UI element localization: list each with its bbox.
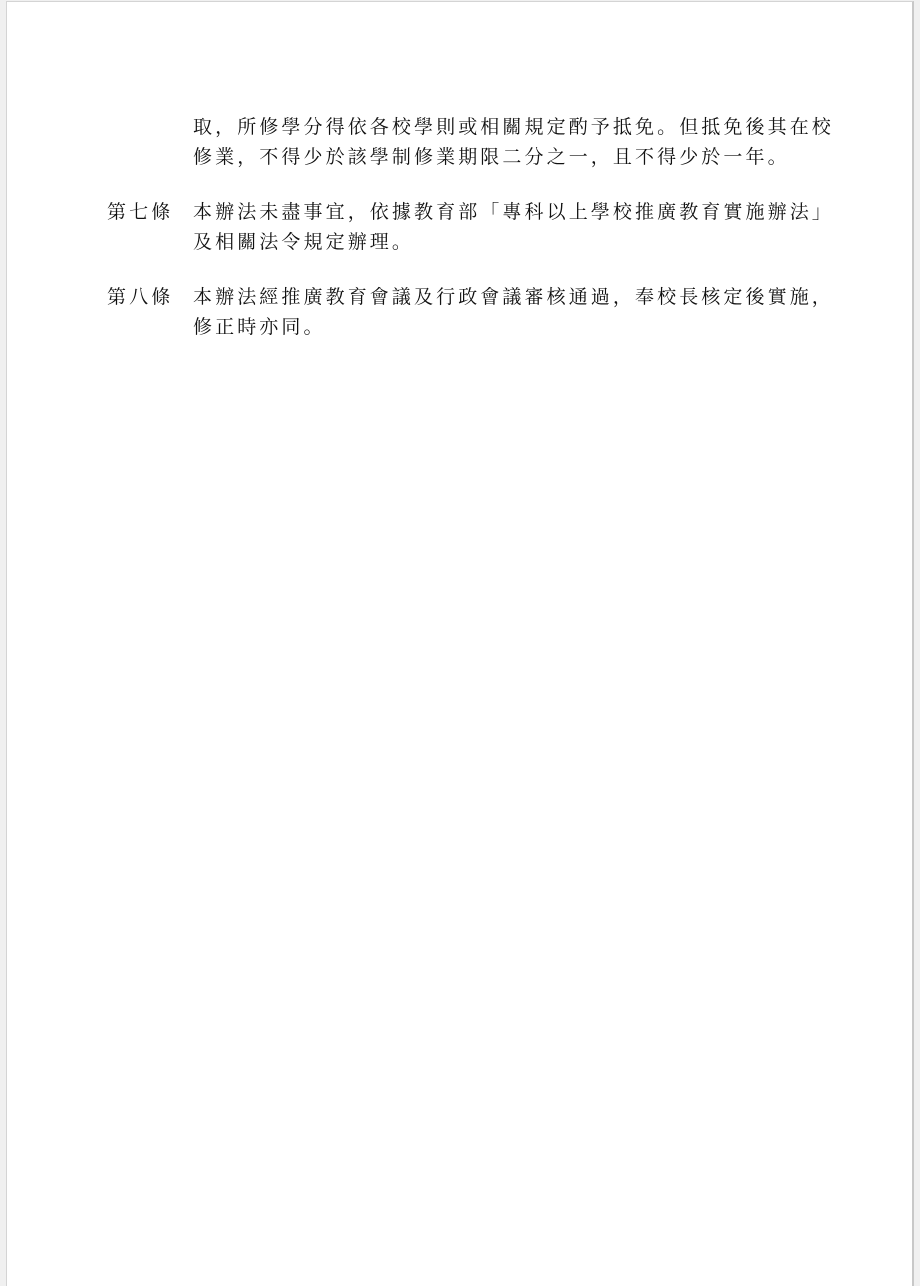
document-page: 取，所修學分得依各校學則或相關規定酌予抵免。但抵免後其在校 修業，不得少於該學制… — [6, 1, 914, 1286]
article-body: 本辦法經推廣教育會議及行政會議審核通過，奉校長核定後實施， 修正時亦同。 — [193, 282, 833, 342]
article-label: 第八條 — [107, 282, 173, 312]
text-line: 修業，不得少於該學制修業期限二分之一，且不得少於一年。 — [193, 142, 833, 172]
text-line: 修正時亦同。 — [193, 312, 833, 342]
paragraph-body: 取，所修學分得依各校學則或相關規定酌予抵免。但抵免後其在校 修業，不得少於該學制… — [193, 112, 833, 172]
text-line: 本辦法經推廣教育會議及行政會議審核通過，奉校長核定後實施， — [193, 282, 833, 312]
article-body: 本辦法未盡事宜，依據教育部「專科以上學校推廣教育實施辦法」 及相關法令規定辦理。 — [193, 197, 833, 257]
text-line: 及相關法令規定辦理。 — [193, 227, 833, 257]
text-line: 本辦法未盡事宜，依據教育部「專科以上學校推廣教育實施辦法」 — [193, 197, 833, 227]
article-label: 第七條 — [107, 197, 173, 227]
text-line: 取，所修學分得依各校學則或相關規定酌予抵免。但抵免後其在校 — [193, 112, 833, 142]
